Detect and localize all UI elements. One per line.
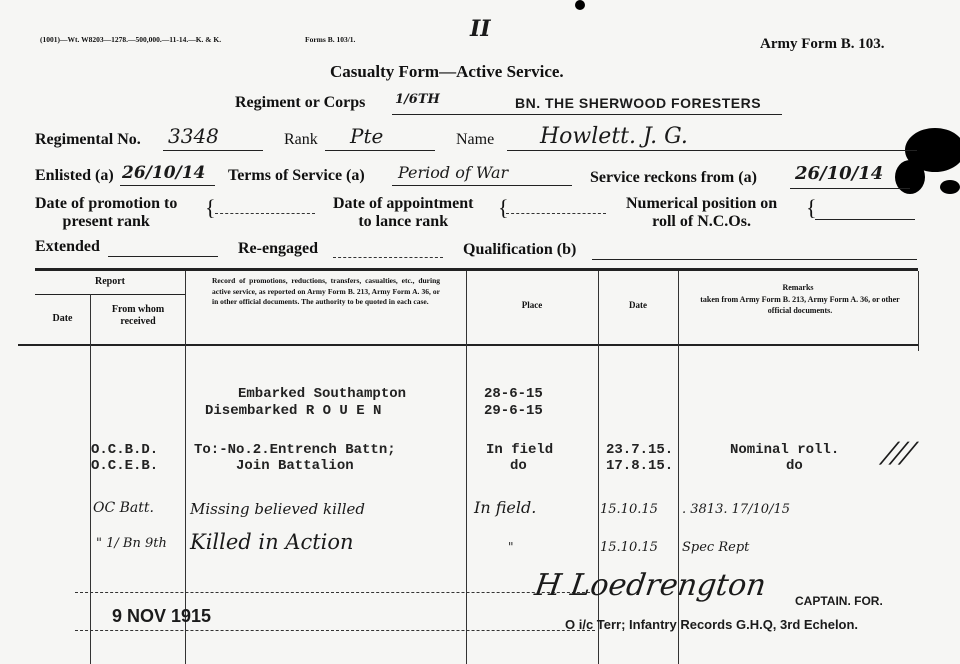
- extended-label: Extended: [35, 238, 100, 256]
- brace: {: [498, 195, 509, 221]
- place-row-5: In field.: [474, 498, 536, 517]
- remarks-row-3: Nominal roll.: [730, 442, 839, 458]
- header-bottom-rule: [18, 344, 918, 346]
- form-number: Army Form B. 103.: [760, 36, 885, 53]
- qualification-label: Qualification (b): [463, 241, 576, 259]
- promotion-label: Date of promotion to present rank: [35, 195, 177, 231]
- header-place: Place: [466, 300, 598, 310]
- brace: {: [205, 195, 216, 221]
- place-row-6: ": [508, 540, 514, 554]
- remarks-row-5: . 3813. 17/10/15: [682, 502, 790, 517]
- printer-line: (1001)—Wt. W8203—1278.—500,000.—11-14.—K…: [40, 35, 221, 44]
- record-row-4: Join Battalion: [236, 458, 354, 474]
- regiment-label: Regiment or Corps: [235, 94, 365, 112]
- rank-value: Pte: [350, 124, 383, 148]
- record-row-5: Missing believed killed: [190, 500, 365, 518]
- report-subrule: [35, 294, 185, 295]
- header-report: Report: [35, 276, 185, 287]
- rank-label: Rank: [284, 131, 318, 149]
- name-value: Howlett. J. G.: [540, 124, 688, 149]
- signer-office: O i/c Terr; Infantry Records G.H.Q, 3rd …: [565, 617, 858, 632]
- date2-row-5: 15.10.15: [600, 502, 658, 517]
- regiment-value: 1/6TH: [395, 92, 440, 107]
- date-stamp: 9 NOV 1915: [112, 606, 211, 627]
- signer-title: CAPTAIN. FOR.: [795, 594, 883, 608]
- record-row-2: Disembarked R O U E N: [205, 403, 381, 419]
- tally-marks: ///: [880, 436, 919, 469]
- regimental-no-label: Regimental No.: [35, 131, 141, 149]
- ink-blot: [575, 0, 585, 10]
- appointment-label: Date of appointment to lance rank: [333, 195, 473, 231]
- date2-row-6: 15.10.15: [600, 540, 658, 555]
- page-title: Casualty Form—Active Service.: [330, 62, 564, 82]
- page-mark: II: [470, 16, 491, 42]
- forms-ref: Forms B. 103/1.: [305, 35, 355, 44]
- header-remarks-title: Remarks: [680, 283, 916, 292]
- ink-blot: [940, 180, 960, 194]
- date2-row-3: 23.7.15.: [606, 442, 673, 458]
- nco-label: Numerical position on roll of N.C.Os.: [626, 195, 777, 231]
- header-date2: Date: [598, 300, 678, 310]
- header-from-whom: From whom received: [93, 304, 183, 328]
- header-date: Date: [35, 313, 90, 324]
- regimental-no-value: 3348: [168, 124, 219, 148]
- record-row-3: To:-No.2.Entrench Battn;: [194, 442, 396, 458]
- from-row-3: O.C.B.D.: [91, 442, 158, 458]
- signature: H Loedrengton: [533, 568, 769, 603]
- enlisted-value: 26/10/14: [122, 163, 205, 183]
- remarks-row-4: do: [786, 458, 803, 474]
- from-row-5: OC Batt.: [93, 500, 154, 516]
- reengaged-label: Re-engaged: [238, 240, 318, 258]
- enlisted-label: Enlisted (a): [35, 167, 114, 185]
- place-row-3: In field: [486, 442, 553, 458]
- name-label: Name: [456, 131, 494, 149]
- terms-value: Period of War: [398, 163, 508, 182]
- header-remarks-body: taken from Army Form B. 213, Army Form A…: [700, 294, 900, 316]
- reckons-value: 26/10/14: [795, 163, 883, 184]
- record-row-6: Killed in Action: [190, 530, 354, 554]
- regiment-stamp: BN. THE SHERWOOD FORESTERS: [515, 95, 761, 111]
- header-record: Record of promotions, reductions, transf…: [212, 276, 440, 308]
- from-row-6: " 1/ Bn 9th: [96, 536, 167, 551]
- reckons-label: Service reckons from (a): [590, 169, 757, 187]
- place-row-4: do: [510, 458, 527, 474]
- record-row-1: Embarked Southampton: [238, 386, 406, 402]
- terms-label: Terms of Service (a): [228, 167, 365, 185]
- remarks-row-6: Spec Rept: [682, 540, 749, 555]
- place-row-1: 28-6-15: [484, 386, 543, 402]
- table-top-rule: [35, 268, 918, 271]
- from-row-4: O.C.E.B.: [91, 458, 158, 474]
- place-row-2: 29-6-15: [484, 403, 543, 419]
- date2-row-4: 17.8.15.: [606, 458, 673, 474]
- brace: {: [806, 195, 817, 221]
